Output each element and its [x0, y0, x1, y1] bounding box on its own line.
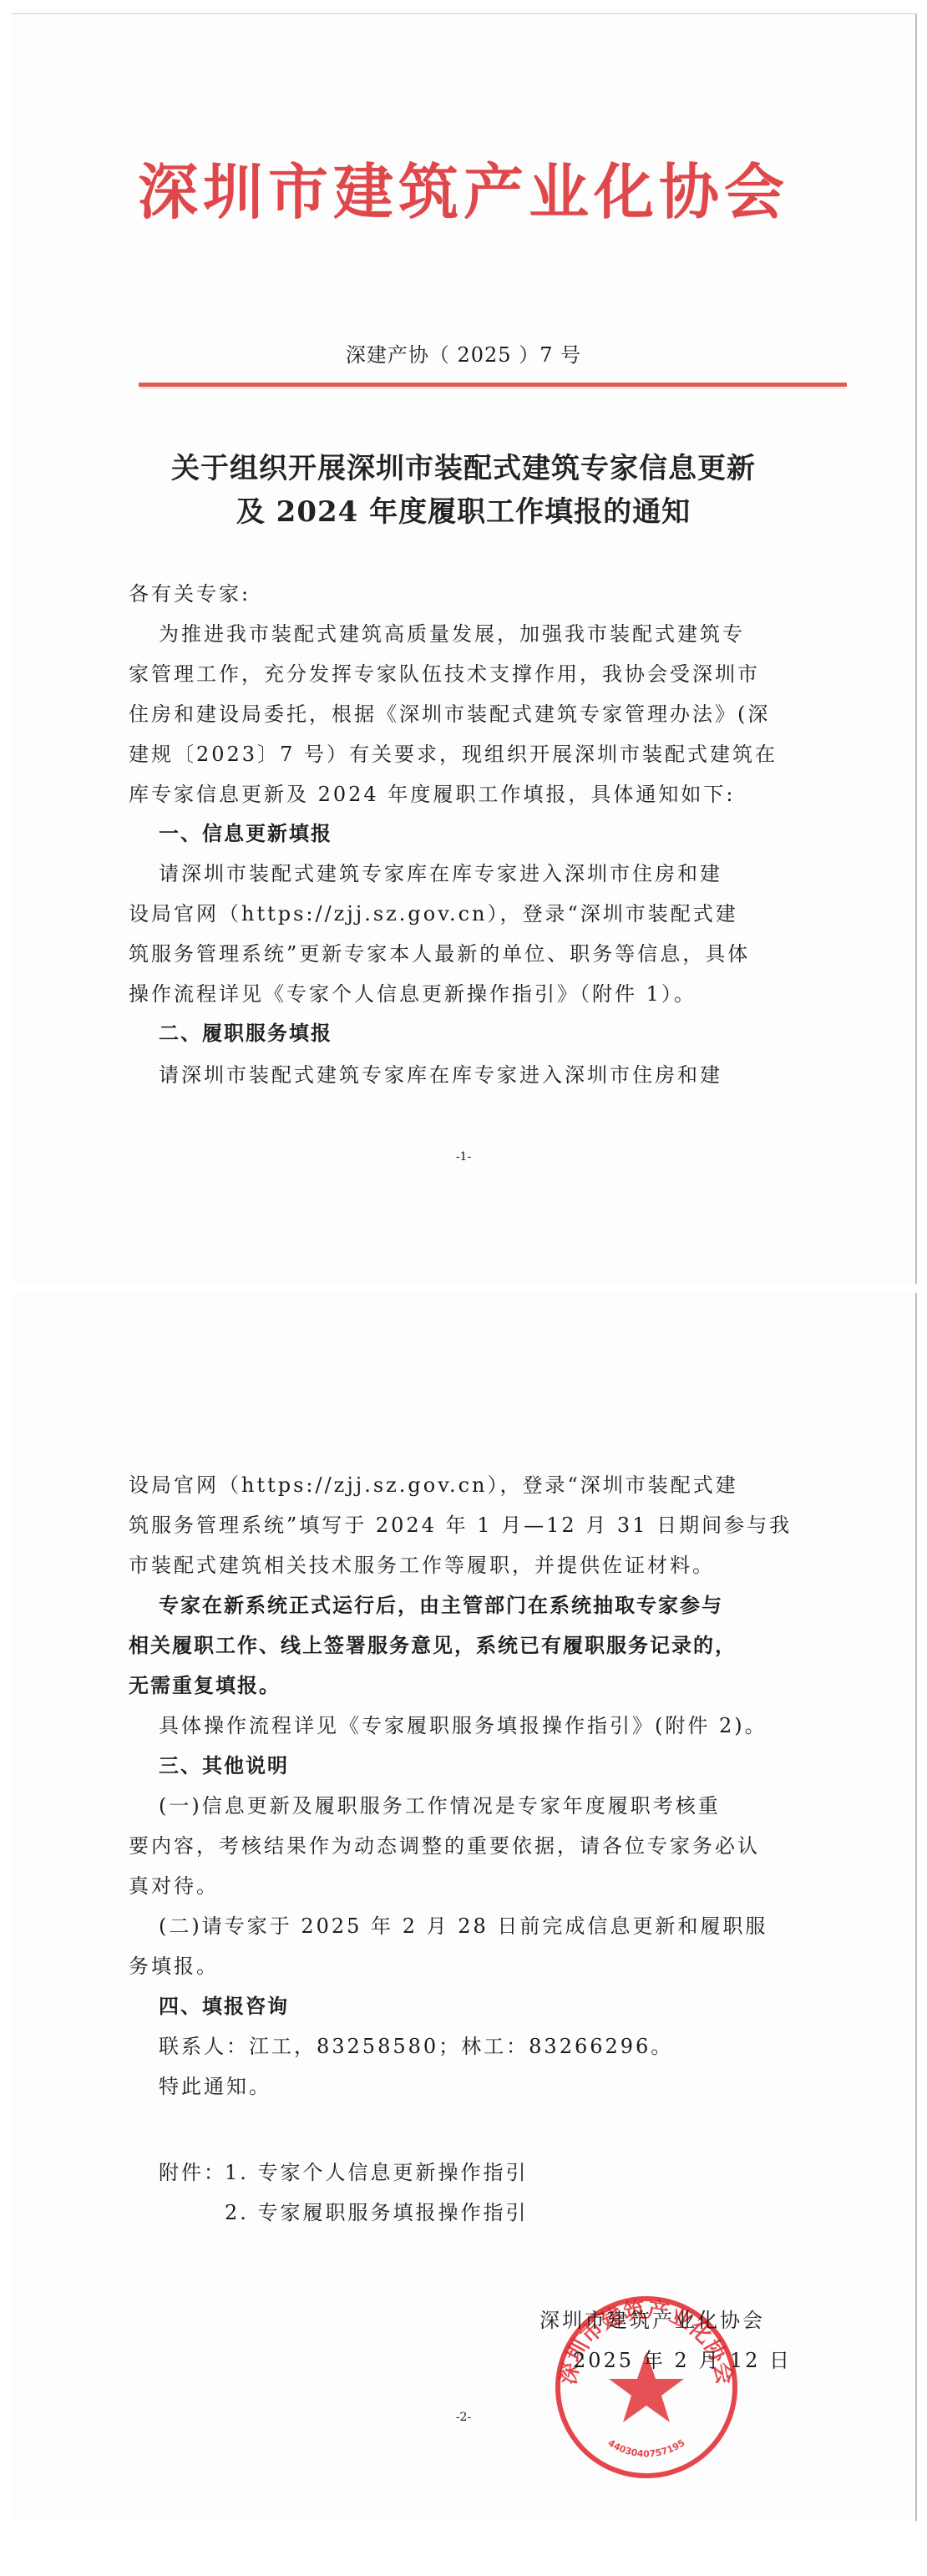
section-1-line: 设局官网（https://zjj.sz.gov.cn），登录“深圳市装配式建: [129, 897, 738, 926]
page-number: -2-: [12, 2411, 915, 2424]
closing-line: 特此通知。: [159, 2070, 271, 2099]
document-title-line-2: 及 2024 年度履职工作填报的通知: [12, 489, 915, 530]
section-1-heading: 一、信息更新填报: [159, 817, 332, 846]
svg-text:4403040757195: 4403040757195: [606, 2437, 687, 2459]
section-2-line: 设局官网（https://zjj.sz.gov.cn），登录“深圳市装配式建: [129, 1468, 738, 1498]
intro-line: 库专家信息更新及 2024 年度履职工作填报，具体通知如下:: [129, 778, 735, 807]
intro-line: 住房和建设局委托，根据《深圳市装配式建筑专家管理办法》(深: [129, 697, 770, 727]
org-header: 深圳市建筑产业化协会: [12, 144, 915, 231]
bold-notice-line: 相关履职工作、线上签署服务意见，系统已有履职服务记录的，: [129, 1629, 737, 1658]
attachment-item: 1. 专家个人信息更新操作指引: [225, 2156, 529, 2185]
section-1-line: 筑服务管理系统”更新专家本人最新的单位、职务等信息，具体: [129, 937, 750, 966]
section-3-heading: 三、其他说明: [159, 1749, 289, 1778]
attachment-item: 2. 专家履职服务填报操作指引: [225, 2196, 529, 2225]
section-3-item-1-line: 要内容，考核结果作为动态调整的重要依据，请各位专家务必认: [129, 1829, 760, 1858]
section-3-item-1-line: 真对待。: [129, 1869, 219, 1899]
section-2-heading: 二、履职服务填报: [159, 1017, 332, 1046]
signature-date: 2025 年 2 月 12 日: [573, 2344, 792, 2373]
red-divider-line: [139, 383, 847, 387]
section-1-line: 请深圳市装配式建筑专家库在库专家进入深圳市住房和建: [159, 857, 722, 886]
section-2-line: 市装配式建筑相关技术服务工作等履职，并提供佐证材料。: [129, 1549, 715, 1578]
page-number: -1-: [12, 1150, 915, 1164]
bold-notice-line: 专家在新系统正式运行后，由主管部门在系统抽取专家参与: [159, 1589, 723, 1618]
intro-line: 建规〔2023〕7 号）有关要求，现组织开展深圳市装配式建筑在: [129, 738, 778, 767]
section-2-line: 筑服务管理系统”填写于 2024 年 1 月—12 月 31 日期间参与我: [129, 1509, 792, 1538]
signer-organization: 深圳市建筑产业化协会: [539, 2304, 765, 2333]
document-number: 深建产协（ 2025 ）7 号: [12, 338, 915, 368]
contact-line: 联系人：江工，83258580；林工：83266296。: [159, 2030, 673, 2059]
section-2-guide: 具体操作流程详见《专家履职服务填报操作指引》(附件 2)。: [159, 1709, 767, 1738]
section-3-item-1-line: (一)信息更新及履职服务工作情况是专家年度履职考核重: [159, 1789, 721, 1818]
intro-line: 为推进我市装配式建筑高质量发展，加强我市装配式建筑专: [159, 617, 745, 647]
document-page-2: 设局官网（https://zjj.sz.gov.cn），登录“深圳市装配式建 筑…: [12, 1293, 917, 2521]
section-1-line: 操作流程详见《专家个人信息更新操作指引》（附件 1）。: [129, 977, 697, 1007]
document-title-line-1: 关于组织开展深圳市装配式建筑专家信息更新: [12, 445, 915, 486]
document-page-1: 深圳市建筑产业化协会 深建产协（ 2025 ）7 号 关于组织开展深圳市装配式建…: [12, 13, 917, 1284]
section-4-heading: 四、填报咨询: [159, 1990, 289, 2019]
section-3-item-2-line: (二)请专家于 2025 年 2 月 28 日前完成信息更新和履职服: [159, 1909, 767, 1939]
bold-notice-line: 无需重复填报。: [129, 1669, 281, 1698]
section-3-item-2-line: 务填报。: [129, 1950, 219, 1979]
attachments-label: 附件：: [159, 2156, 226, 2185]
section-2-line: 请深圳市装配式建筑专家库在库专家进入深圳市住房和建: [159, 1058, 722, 1088]
salutation: 各有关专家:: [129, 577, 251, 606]
intro-line: 家管理工作，充分发挥专家队伍技术支撑作用，我协会受深圳市: [129, 657, 760, 687]
